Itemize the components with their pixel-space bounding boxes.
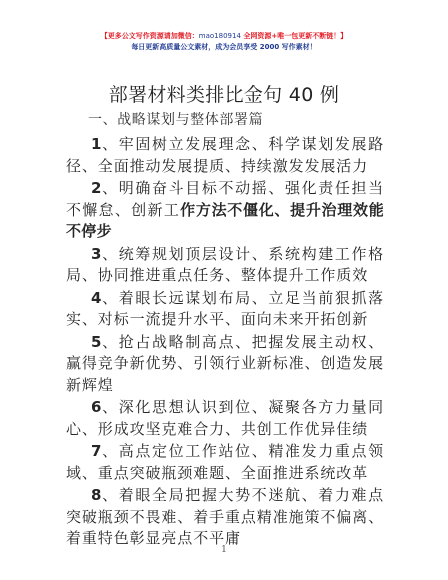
item-number: 1 [91, 135, 101, 153]
item-text: 、深化思想认识到位、凝聚各方力量同心、形成攻坚克难合力、共创工作优异佳绩 [66, 398, 384, 438]
item-number: 6 [91, 398, 101, 416]
item-number: 4 [91, 289, 101, 307]
promo-banner-line-2: 每日更新高质量公文素材，成为会员享受 2000 写作素材！ [0, 42, 448, 52]
list-item: 7、高点定位工作站位、精准发力重点领域、重点突破瓶颈难题、全面推进系统改革 [66, 441, 384, 484]
promo-suffix: 全网资源+唯一包更新不断链！】 [241, 32, 347, 40]
item-text: 、着眼全局把握大势不迷航、着力难点突破瓶颈不畏难、着手重点精准施策不偏离、着重特… [66, 486, 384, 547]
item-number: 3 [91, 245, 101, 263]
item-list: 1、牢固树立发展理念、科学谋划发展路径、全面推动发展提质、持续激发发展活力 2、… [66, 134, 384, 551]
item-number: 7 [91, 442, 101, 460]
promo-prefix: 【更多公文写作资源请加微信： [101, 32, 199, 40]
item-number: 5 [91, 333, 101, 351]
list-item: 8、着眼全局把握大势不迷航、着力难点突破瓶颈不畏难、着手重点精准施策不偏离、着重… [66, 485, 384, 550]
section-heading: 一、战略谋划与整体部署篇 [88, 111, 263, 129]
wechat-id: mao180914 [199, 32, 241, 40]
list-item: 3、统筹规划顶层设计、系统构建工作格局、协同推进重点任务、整体提升工作质效 [66, 244, 384, 287]
list-item: 2、明确奋斗目标不动摇、强化责任担当不懈怠、创新工作方法不僵化、提升治理效能不停… [66, 178, 384, 243]
document-title: 部署材料类排比金句 40 例 [0, 84, 448, 106]
item-text: 、高点定位工作站位、精准发力重点领域、重点突破瓶颈难题、全面推进系统改革 [66, 442, 384, 482]
list-item: 4、着眼长远谋划布局、立足当前狠抓落实、对标一流提升水平、面向未来开拓创新 [66, 288, 384, 331]
item-text: 、抢占战略制高点、把握发展主动权、赢得竞争新优势、引领行业新标准、创造发展新辉煌 [66, 333, 384, 394]
item-text: 、统筹规划顶层设计、系统构建工作格局、协同推进重点任务、整体提升工作质效 [66, 245, 384, 285]
list-item: 5、抢占战略制高点、把握发展主动权、赢得竞争新优势、引领行业新标准、创造发展新辉… [66, 332, 384, 397]
list-item: 6、深化思想认识到位、凝聚各方力量同心、形成攻坚克难合力、共创工作优异佳绩 [66, 397, 384, 440]
promo-banner-line-1: 【更多公文写作资源请加微信：mao180914 全网资源+唯一包更新不断链！】 [0, 31, 448, 41]
document-page: 【更多公文写作资源请加微信：mao180914 全网资源+唯一包更新不断链！】 … [0, 0, 448, 580]
page-number: 1 [0, 544, 448, 556]
item-text: 、着眼长远谋划布局、立足当前狠抓落实、对标一流提升水平、面向未来开拓创新 [66, 289, 384, 329]
item-text: 、牢固树立发展理念、科学谋划发展路径、全面推动发展提质、持续激发发展活力 [66, 135, 384, 175]
item-number: 2 [91, 179, 101, 197]
item-number: 8 [91, 486, 101, 504]
list-item: 1、牢固树立发展理念、科学谋划发展路径、全面推动发展提质、持续激发发展活力 [66, 134, 384, 177]
